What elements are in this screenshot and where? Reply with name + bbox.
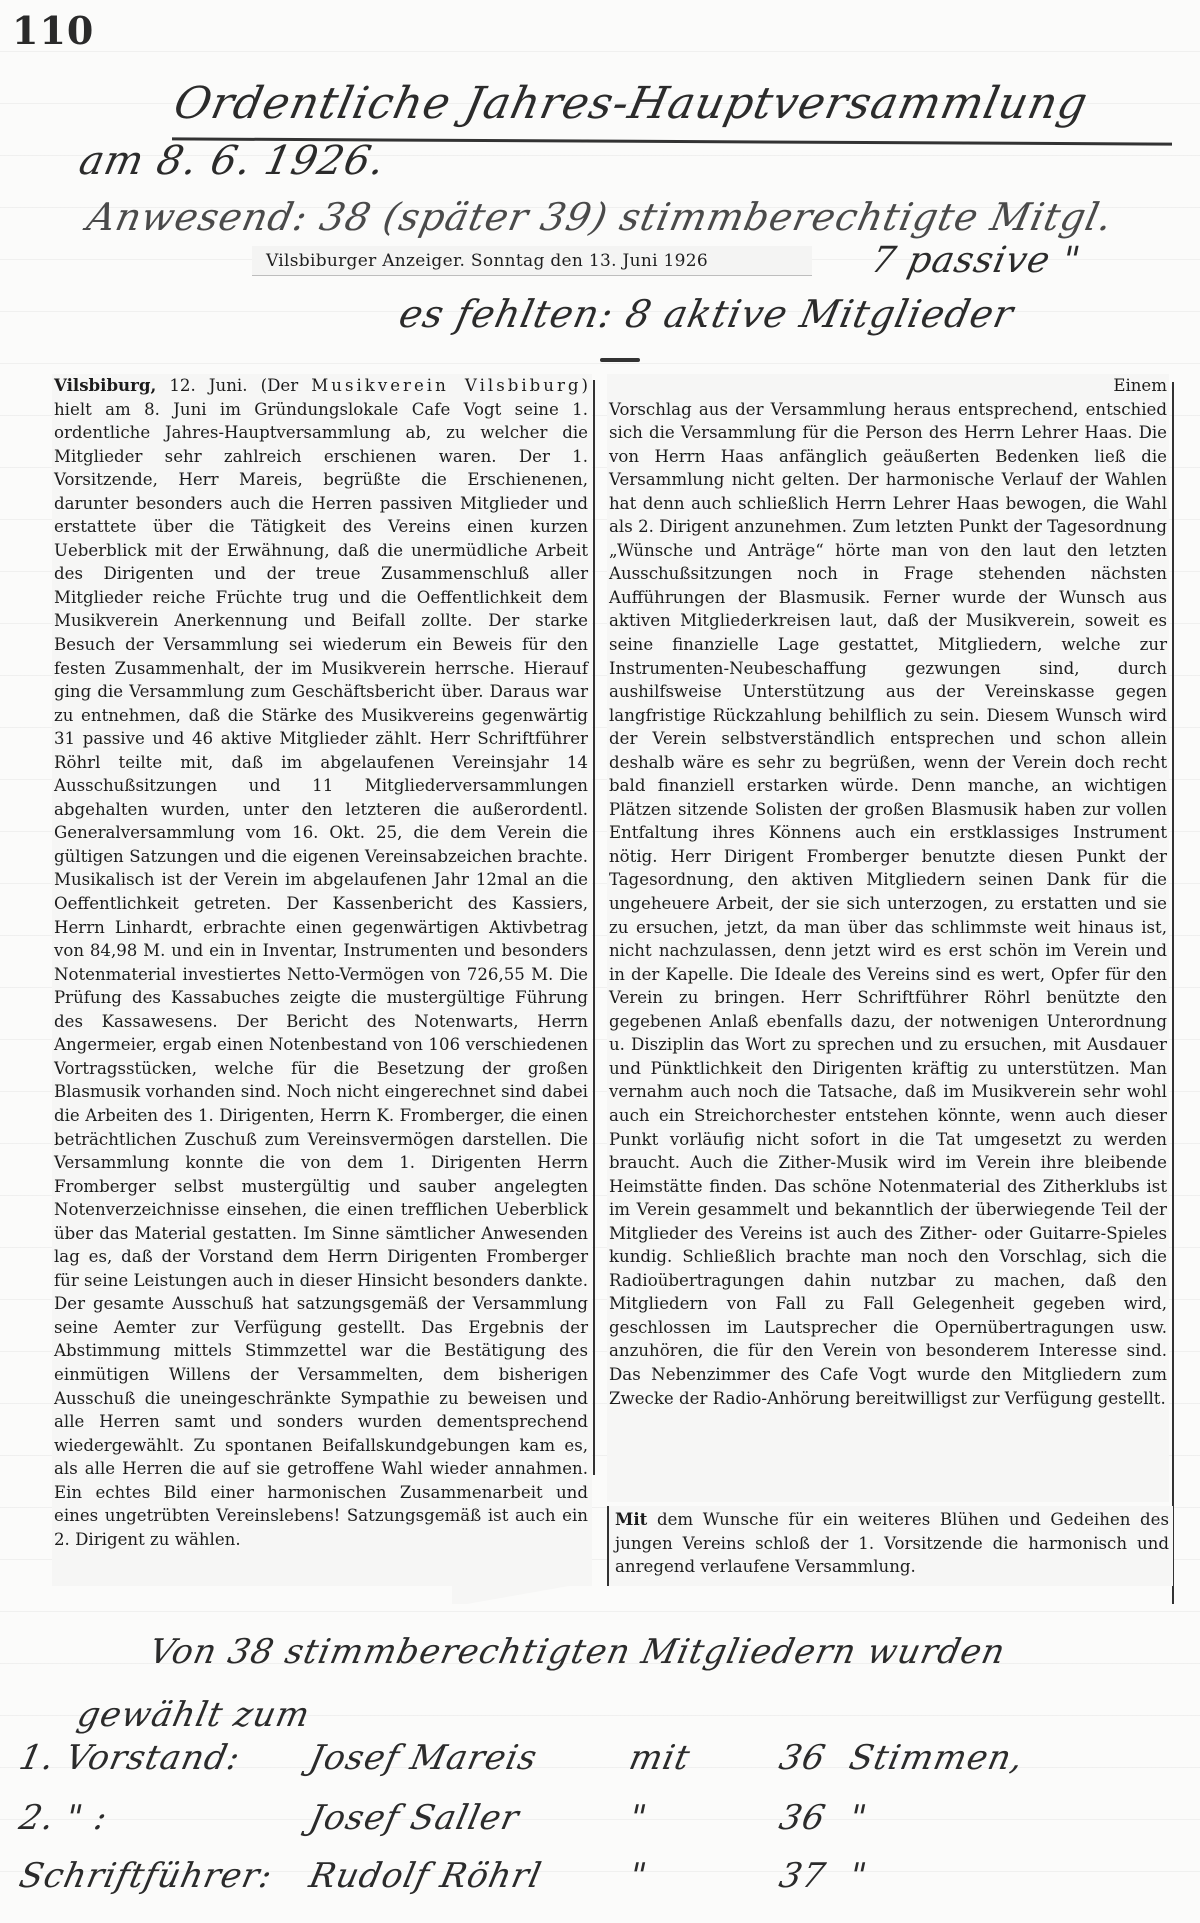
newspaper-clipping: Vilsbiburg, 12. Juni. (Der Musikverein V… xyxy=(52,374,1176,1614)
result-votes: 36 xyxy=(776,1798,830,1838)
torn-edge xyxy=(452,1586,607,1604)
result-office: 2. " : xyxy=(16,1798,112,1838)
right-column-first-word: Einem xyxy=(609,374,1167,398)
handwritten-attendance: Anwesend: 38 (später 39) stimmberechtigt… xyxy=(83,195,1117,239)
result-connector: " xyxy=(626,1798,651,1838)
clipping-right-border xyxy=(1172,382,1174,1604)
column-divider xyxy=(593,380,595,1475)
result-office: 1. Vorstand: xyxy=(16,1738,244,1778)
article-paragraph: Vorschlag aus der Versammlung heraus ent… xyxy=(609,398,1167,1411)
separator-mark xyxy=(600,358,640,362)
handwritten-passive-members: 7 passive " xyxy=(868,240,1085,281)
result-unit: " xyxy=(846,1856,871,1896)
results-intro-line2: gewählt zum xyxy=(74,1695,314,1735)
closing-paragraph: Mit dem Wunsche für ein weiteres Blühen … xyxy=(607,1506,1173,1586)
result-connector: mit xyxy=(626,1738,694,1778)
result-row: Schriftführer: Rudolf Röhrl " 37 " xyxy=(0,1856,1200,1916)
result-name: Rudolf Röhrl xyxy=(306,1856,546,1896)
results-intro-line1: Von 38 stimmberechtigten Mitgliedern wur… xyxy=(146,1632,1010,1672)
newspaper-masthead: Vilsbiburger Anzeiger. Sonntag den 13. J… xyxy=(252,246,812,276)
handwritten-election-results: Von 38 stimmberechtigten Mitgliedern wur… xyxy=(0,1620,1200,1923)
page-number: 110 xyxy=(12,8,94,53)
article-left-column: Vilsbiburg, 12. Juni. (Der Musikverein V… xyxy=(52,374,592,1586)
dateline-place: Vilsbiburg, xyxy=(54,375,156,395)
result-unit: " xyxy=(846,1798,871,1838)
handwritten-title: Ordentliche Jahres-Hauptversammlung xyxy=(170,78,1093,129)
result-votes: 37 xyxy=(776,1856,830,1896)
dateline-date: 12. Juni. (Der xyxy=(156,376,311,395)
handwritten-absent-members: es fehlten: 8 aktive Mitglieder xyxy=(395,292,1018,336)
result-connector: " xyxy=(626,1856,651,1896)
result-office: Schriftführer: xyxy=(16,1856,277,1896)
article-paragraph: Vilsbiburg, 12. Juni. (Der Musikverein V… xyxy=(54,374,588,1551)
result-row: 2. " : Josef Saller " 36 " xyxy=(0,1798,1200,1858)
result-votes: 36 xyxy=(776,1738,830,1778)
article-body-left: ) hielt am 8. Juni im Gründungslokale Ca… xyxy=(54,376,588,1549)
masthead-text: Vilsbiburger Anzeiger. Sonntag den 13. J… xyxy=(266,251,708,271)
result-unit: Stimmen, xyxy=(846,1738,1028,1778)
handwritten-date: am 8. 6. 1926. xyxy=(75,138,390,184)
article-body-right: Vorschlag aus der Versammlung heraus ent… xyxy=(609,400,1167,1408)
closing-text: dem Wunsche für ein weiteres Blühen und … xyxy=(615,1510,1169,1576)
club-name: Musikverein Vilsbiburg xyxy=(311,376,581,395)
closing-first-word: Mit xyxy=(615,1509,647,1529)
result-name: Josef Saller xyxy=(306,1798,523,1838)
article-right-column: Einem Vorschlag aus der Versammlung hera… xyxy=(607,374,1169,1502)
result-name: Josef Mareis xyxy=(306,1738,541,1778)
result-row: 1. Vorstand: Josef Mareis mit 36 Stimmen… xyxy=(0,1738,1200,1798)
